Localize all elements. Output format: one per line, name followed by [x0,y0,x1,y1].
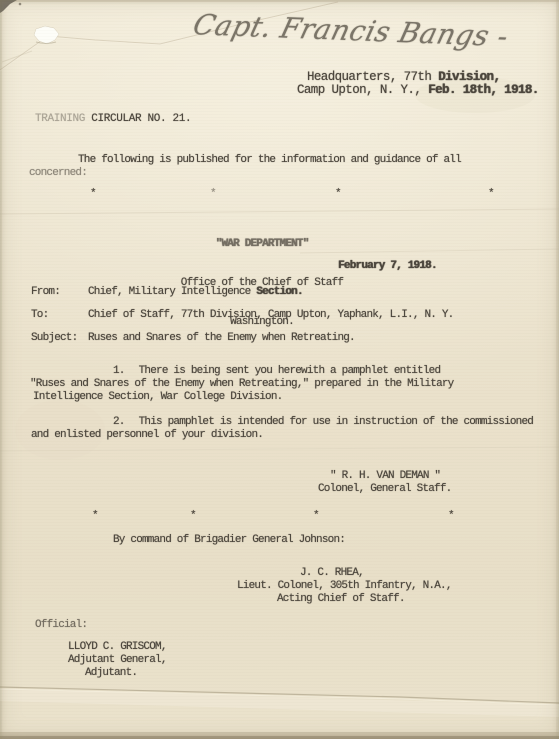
van-deman-title: Colonel, General Staff. [318,483,451,496]
fold-highlight-band [0,689,559,717]
handwritten-inscription: Capt. Francis Bangs - [190,8,512,53]
griscom-title2: Adjutant. [85,667,137,680]
corner-tear-mark [0,0,17,13]
subject-row: Subject: Ruses and Snares of the Enemy w… [0,332,559,345]
document-page: Capt. Francis Bangs - Headquarters, 77th… [0,0,559,739]
van-deman-name: " R. H. VAN DEMAN " [330,470,440,483]
rhea-title1: Lieut. Colonel, 305th Infantry, N.A., [237,580,452,593]
top-edge-shade [0,0,559,2]
intro-line1: The following is published for the infor… [78,154,461,167]
asterisk: * [92,510,98,523]
asterisk: * [448,510,454,523]
asterisk: * [488,188,494,201]
subject-value: Ruses and Snares of the Enemy when Retre… [88,332,355,345]
paragraph1-line2: "Ruses and Snares of the Enemy when Retr… [30,378,453,391]
paragraph2-line1: 2.This pamphlet is intended for use in i… [113,416,533,429]
circular-title-faded-word: TRAINING [35,113,85,125]
from-value: Chief, Military Intelligence Section. [88,286,303,299]
command-line: By command of Brigadier General Johnson: [113,534,345,547]
paragraph2-line2: and enlisted personnel of your division. [31,429,263,442]
headquarters-line2: Camp Upton, N. Y., Feb. 18th, 1918. [297,83,539,97]
paragraph1-line1-text: There is being sent you herewith a pamph… [139,365,441,377]
from-row: From: Chief, Military Intelligence Secti… [0,286,559,299]
griscom-title1: Adjutant General, [68,654,167,667]
crease-fiber [2,51,32,62]
war-department-line1: "WAR DEPARTMENT" [142,238,382,251]
fold-line-bottom [0,687,559,703]
asterisk: * [210,188,216,201]
asterisk: * [190,510,196,523]
to-value: Chief of Staff, 77th Division, Camp Upto… [88,309,453,322]
bottom-edge-shade [0,732,559,736]
letter-date: February 7, 1918. [338,260,437,273]
paragraph1-line3: Intelligence Section, War College Divisi… [33,391,282,404]
paper-chip [34,26,59,44]
headquarters-line1: Headquarters, 77th Division, [307,70,500,84]
intro-line2: concerned: [29,167,87,180]
circular-title: TRAINING CIRCULAR NO. 21. [35,113,191,126]
from-value-text: Chief, Military Intelligence [88,286,256,298]
hq-line1-text: Headquarters, 77th [307,70,438,84]
paragraph1-line1: 1.There is being sent you herewith a pam… [113,365,440,378]
paper-chip-shadow [36,42,56,44]
circular-title-rest: CIRCULAR NO. 21. [85,113,191,125]
paragraph1-number: 1. [113,365,125,378]
asterisk: * [335,188,341,201]
subject-label: Subject: [31,332,77,345]
rhea-title2: Acting Chief of Staff. [277,593,405,606]
crease-horizontal-lower [0,447,559,451]
griscom-name: LLOYD C. GRISCOM, [68,641,167,654]
official-label: Official: [35,619,87,632]
from-label: From: [31,286,60,299]
from-value-overstruck: Section. [256,286,302,298]
hq-line1-overstruck: Division, [438,70,500,84]
left-edge-shade [0,0,2,739]
asterisk-separator-2: * * * * [0,510,559,588]
hq-line2-text: Camp Upton, N. Y., [297,83,428,97]
fold-line-highlight [0,689,559,705]
asterisk: * [313,510,319,523]
rhea-name: J. C. RHEA, [300,567,364,580]
to-row: To: Chief of Staff, 77th Division, Camp … [0,309,559,322]
asterisk: * [90,188,96,201]
paragraph2-line1-text: This pamphlet is intended for use in ins… [139,416,533,428]
to-label: To: [31,309,48,322]
paragraph2-number: 2. [113,416,125,429]
hq-line2-overstruck: Feb. 18th, 1918. [428,83,538,97]
corner-speck [19,3,22,6]
